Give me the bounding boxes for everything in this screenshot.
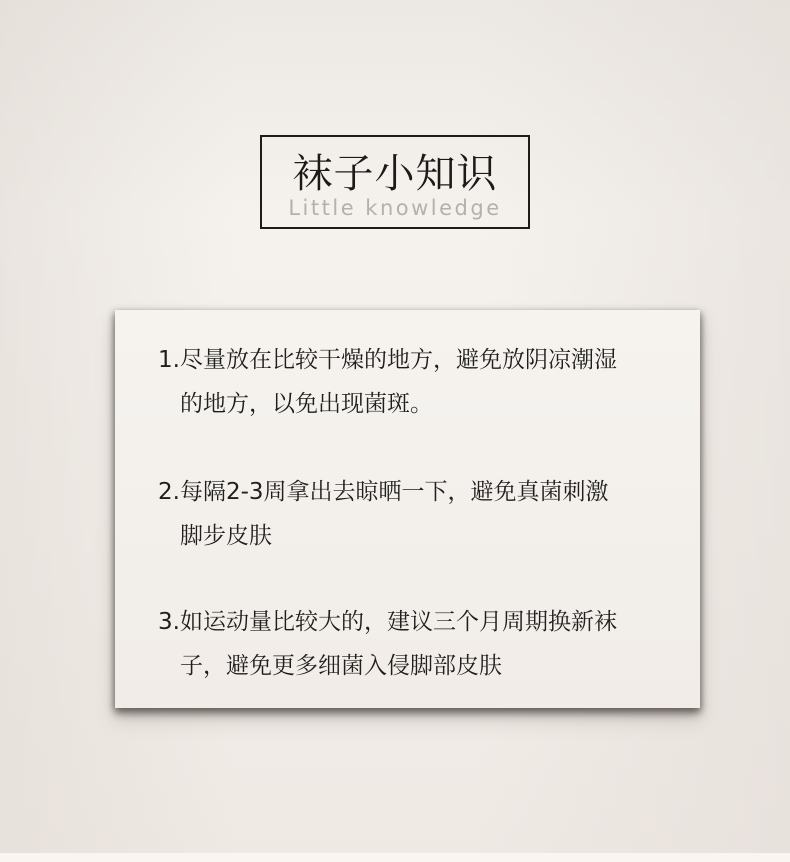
tips-card: 1.尽量放在比较干燥的地方，避免放阴凉潮湿 的地方，以免出现菌斑。 2.每隔2-… xyxy=(115,310,700,708)
tip-line: 1.尽量放在比较干燥的地方，避免放阴凉潮湿 xyxy=(158,338,678,382)
page-title: 袜子小知识 xyxy=(262,151,528,197)
title-box: 袜子小知识 Little knowledge xyxy=(260,135,530,229)
tip-line: 的地方，以免出现菌斑。 xyxy=(158,382,678,426)
bottom-divider xyxy=(0,853,790,862)
tip-item: 2.每隔2-3周拿出去晾晒一下，避免真菌刺激 脚步皮肤 xyxy=(158,470,678,558)
tip-item: 1.尽量放在比较干燥的地方，避免放阴凉潮湿 的地方，以免出现菌斑。 xyxy=(158,338,678,426)
tip-line: 2.每隔2-3周拿出去晾晒一下，避免真菌刺激 xyxy=(158,470,678,514)
tip-line: 3.如运动量比较大的，建议三个月周期换新袜 xyxy=(158,600,678,644)
page-subtitle: Little knowledge xyxy=(262,195,528,221)
tip-line: 子，避免更多细菌入侵脚部皮肤 xyxy=(158,644,678,688)
tip-line: 脚步皮肤 xyxy=(158,514,678,558)
tip-item: 3.如运动量比较大的，建议三个月周期换新袜 子，避免更多细菌入侵脚部皮肤 xyxy=(158,600,678,688)
